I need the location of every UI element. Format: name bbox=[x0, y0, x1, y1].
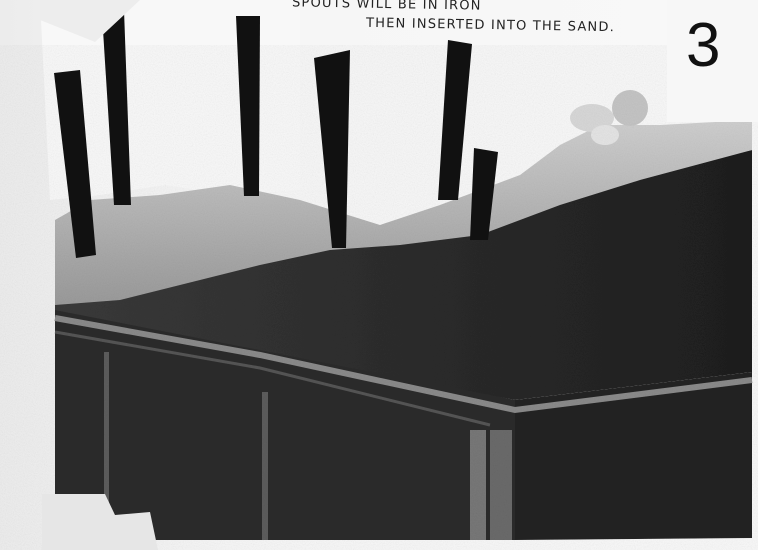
page-number: 3 bbox=[686, 15, 720, 77]
rock bbox=[612, 90, 648, 126]
spout bbox=[438, 40, 472, 200]
model-photograph bbox=[0, 0, 758, 550]
frame-post bbox=[490, 430, 512, 540]
rock bbox=[591, 125, 619, 145]
frame-post bbox=[262, 392, 268, 540]
frame-post bbox=[470, 430, 486, 540]
